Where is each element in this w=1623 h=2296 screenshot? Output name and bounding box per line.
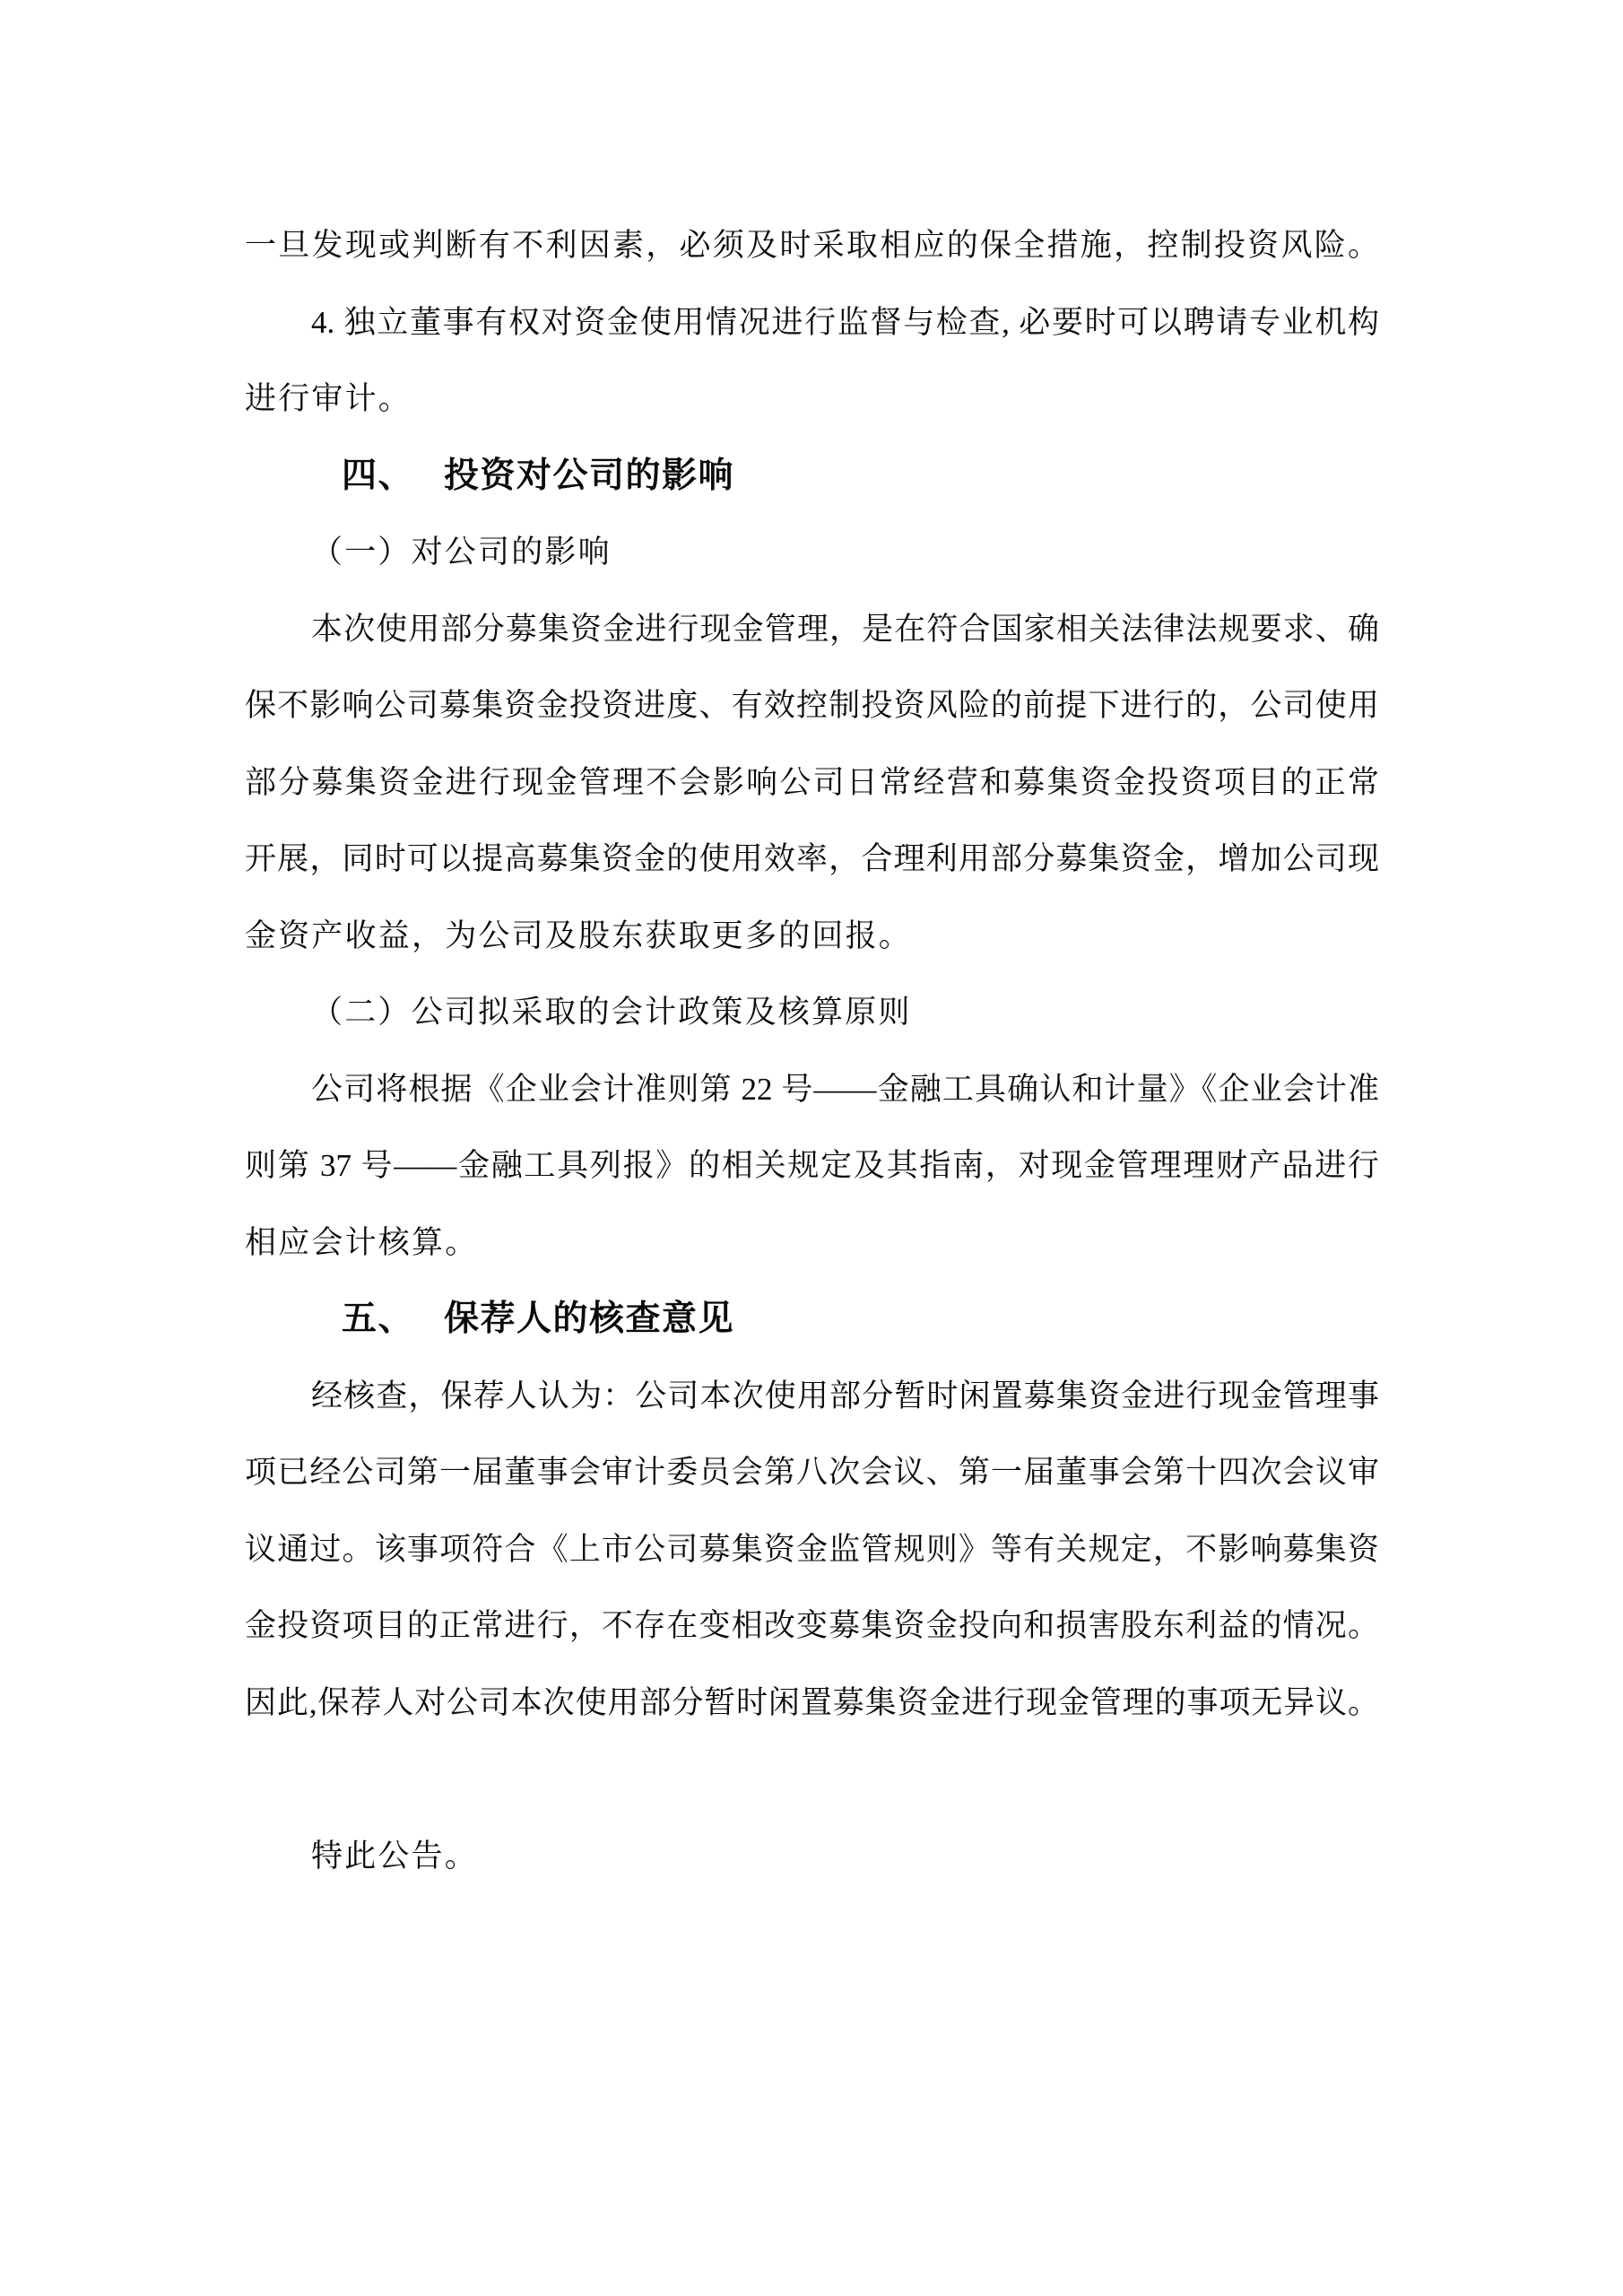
document-body: 一旦发现或判断有不利因素，必须及时采取相应的保全措施，控制投资风险。 4. 独立… bbox=[245, 207, 1379, 1894]
section-heading-sponsor-opinion: 五、保荐人的核查意见 bbox=[245, 1281, 1379, 1358]
paragraph-line: 金资产收益，为公司及股东获取更多的回报。 bbox=[245, 898, 1379, 975]
paragraph-line: 因此,保荐人对公司本次使用部分暂时闲置募集资金进行现金管理的事项无异议。 bbox=[245, 1665, 1379, 1742]
paragraph-line: 公司将根据《企业会计准则第 22 号——金融工具确认和计量》《企业会计准 bbox=[245, 1051, 1379, 1128]
closing-announcement-line: 特此公告。 bbox=[245, 1818, 1379, 1895]
paragraph-line: 部分募集资金进行现金管理不会影响公司日常经营和募集资金投资项目的正常 bbox=[245, 744, 1379, 822]
paragraph-line: 金投资项目的正常进行，不存在变相改变募集资金投向和损害股东利益的情况。 bbox=[245, 1587, 1379, 1665]
paragraph-line: 一旦发现或判断有不利因素，必须及时采取相应的保全措施，控制投资风险。 bbox=[245, 207, 1379, 284]
heading-numeral: 四、 bbox=[342, 457, 414, 495]
paragraph-line: 议通过。该事项符合《上市公司募集资金监管规则》等有关规定，不影响募集资 bbox=[245, 1511, 1379, 1588]
section-heading-investment-impact: 四、投资对公司的影响 bbox=[245, 438, 1379, 515]
subsection-heading: （一）对公司的影响 bbox=[245, 514, 1379, 591]
subsection-heading: （二）公司拟采取的会计政策及核算原则 bbox=[245, 974, 1379, 1051]
paragraph-line: 则第 37 号——金融工具列报》的相关规定及其指南，对现金管理理财产品进行 bbox=[245, 1127, 1379, 1205]
heading-title: 保荐人的核查意见 bbox=[444, 1300, 734, 1338]
blank-line bbox=[245, 1741, 1379, 1818]
heading-title: 投资对公司的影响 bbox=[444, 457, 734, 495]
document-page: 一旦发现或判断有不利因素，必须及时采取相应的保全措施，控制投资风险。 4. 独立… bbox=[0, 0, 1623, 2296]
paragraph-line: 项已经公司第一届董事会审计委员会第八次会议、第一届董事会第十四次会议审 bbox=[245, 1434, 1379, 1511]
paragraph-line: 本次使用部分募集资金进行现金管理，是在符合国家相关法律法规要求、确 bbox=[245, 591, 1379, 668]
paragraph-line: 开展，同时可以提高募集资金的使用效率，合理利用部分募集资金，增加公司现 bbox=[245, 821, 1379, 898]
paragraph-line: 经核查，保荐人认为：公司本次使用部分暂时闲置募集资金进行现金管理事 bbox=[245, 1358, 1379, 1435]
heading-numeral: 五、 bbox=[342, 1300, 414, 1338]
paragraph-line: 保不影响公司募集资金投资进度、有效控制投资风险的前提下进行的，公司使用 bbox=[245, 667, 1379, 744]
paragraph-line: 4. 独立董事有权对资金使用情况进行监督与检查, 必要时可以聘请专业机构 bbox=[245, 284, 1379, 361]
paragraph-line: 相应会计核算。 bbox=[245, 1205, 1379, 1282]
paragraph-line: 进行审计。 bbox=[245, 361, 1379, 438]
